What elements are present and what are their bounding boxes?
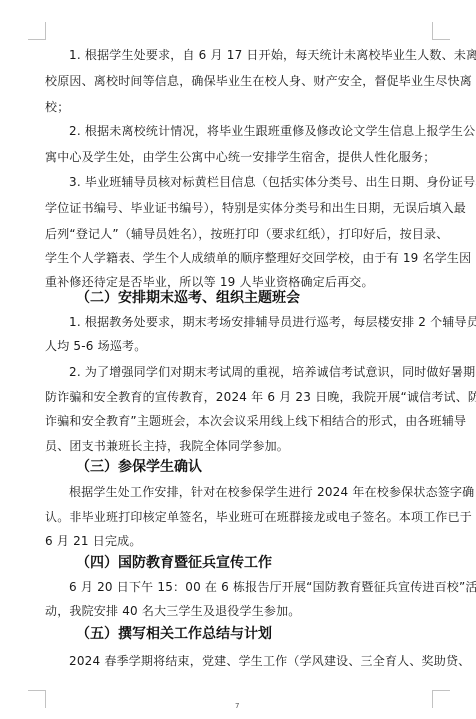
text-line: 学生个人学籍表、学生个人成绩单的顺序整理好交回学校，由于有 19 名学生因: [45, 250, 432, 266]
text-line: 诈骗和安全教育”主题班会，本次会议采用线上线下相结合的形式，由各班辅导: [45, 413, 432, 429]
text-line: 根据学生处工作安排，针对在校参保学生进行 2024 年在校参保状态签字确: [69, 484, 432, 500]
text-line: 人均 5-6 场巡考。: [45, 338, 432, 354]
text-line: 员、团支书兼班长主持，我院全体同学参加。: [45, 438, 432, 454]
text-line: 认。非毕业班打印核定单签名，毕业班可在班群接龙或电子签名。本项工作已于: [45, 509, 432, 525]
text-line: 2. 为了增强同学们对期末考试周的重视，培养诚信考试意识，同时做好暑期: [69, 364, 432, 380]
text-line: 3. 毕业班辅导员核对标黄栏目信息（包括实体分类号、出生日期、身份证号、: [69, 174, 432, 190]
section-heading: （四）国防教育暨征兵宣传工作: [76, 554, 272, 572]
section-heading: （三）参保学生确认: [76, 458, 202, 476]
text-line: 校；: [45, 99, 432, 115]
margin-corner-bottom-left: [28, 690, 46, 708]
text-line: 动，我院安排 40 名大三学生及退役学生参加。: [45, 603, 432, 619]
text-line: 6 月 21 日完成。: [45, 533, 432, 549]
text-line: 寓中心及学生处，由学生公寓中心统一安排学生宿舍，提供人性化服务；: [45, 149, 432, 165]
text-line: 1. 根据学生处要求，自 6 月 17 日开始，每天统计未离校毕业生人数、未离: [69, 47, 432, 63]
section-heading: （二）安排期末巡考、组织主题班会: [76, 289, 300, 307]
margin-corner-top-right: [432, 22, 450, 40]
text-line: 2024 春季学期将结束，党建、学生工作（学风建设、三全育人、奖助贷、: [69, 653, 432, 669]
text-line: 后列“登记人”（辅导员姓名），按班打印（要求红纸），打印好后，按目录、: [45, 226, 432, 242]
text-line: 6 月 20 日下午 15：00 在 6 栋报告厅开展“国防教育暨征兵宣传进百校…: [69, 579, 432, 595]
text-line: 防诈骗和安全教育的宣传教育，2024 年 6 月 23 日晚，我院开展“诚信考试…: [45, 389, 432, 405]
page-number: 7: [235, 702, 239, 710]
text-line: 重补修还待定是否毕业，所以等 19 人毕业资格确定后再交。: [45, 274, 432, 290]
text-line: 2. 根据未离校统计情况，将毕业生跟班重修及修改论文学生信息上报学生公: [69, 123, 432, 139]
text-line: 学位证书编号、毕业证书编号），特别是实体分类号和出生日期，无误后填入最: [45, 200, 432, 216]
margin-corner-bottom-right: [432, 690, 450, 708]
margin-corner-top-left: [28, 22, 46, 40]
text-line: 校原因、离校时间等信息，确保毕业生在校人身、财产安全，督促毕业生尽快离: [45, 73, 432, 89]
text-line: 1. 根据教务处要求，期末考场安排辅导员进行巡考，每层楼安排 2 个辅导员，: [69, 314, 432, 330]
section-heading: （五）撰写相关工作总结与计划: [76, 625, 272, 643]
